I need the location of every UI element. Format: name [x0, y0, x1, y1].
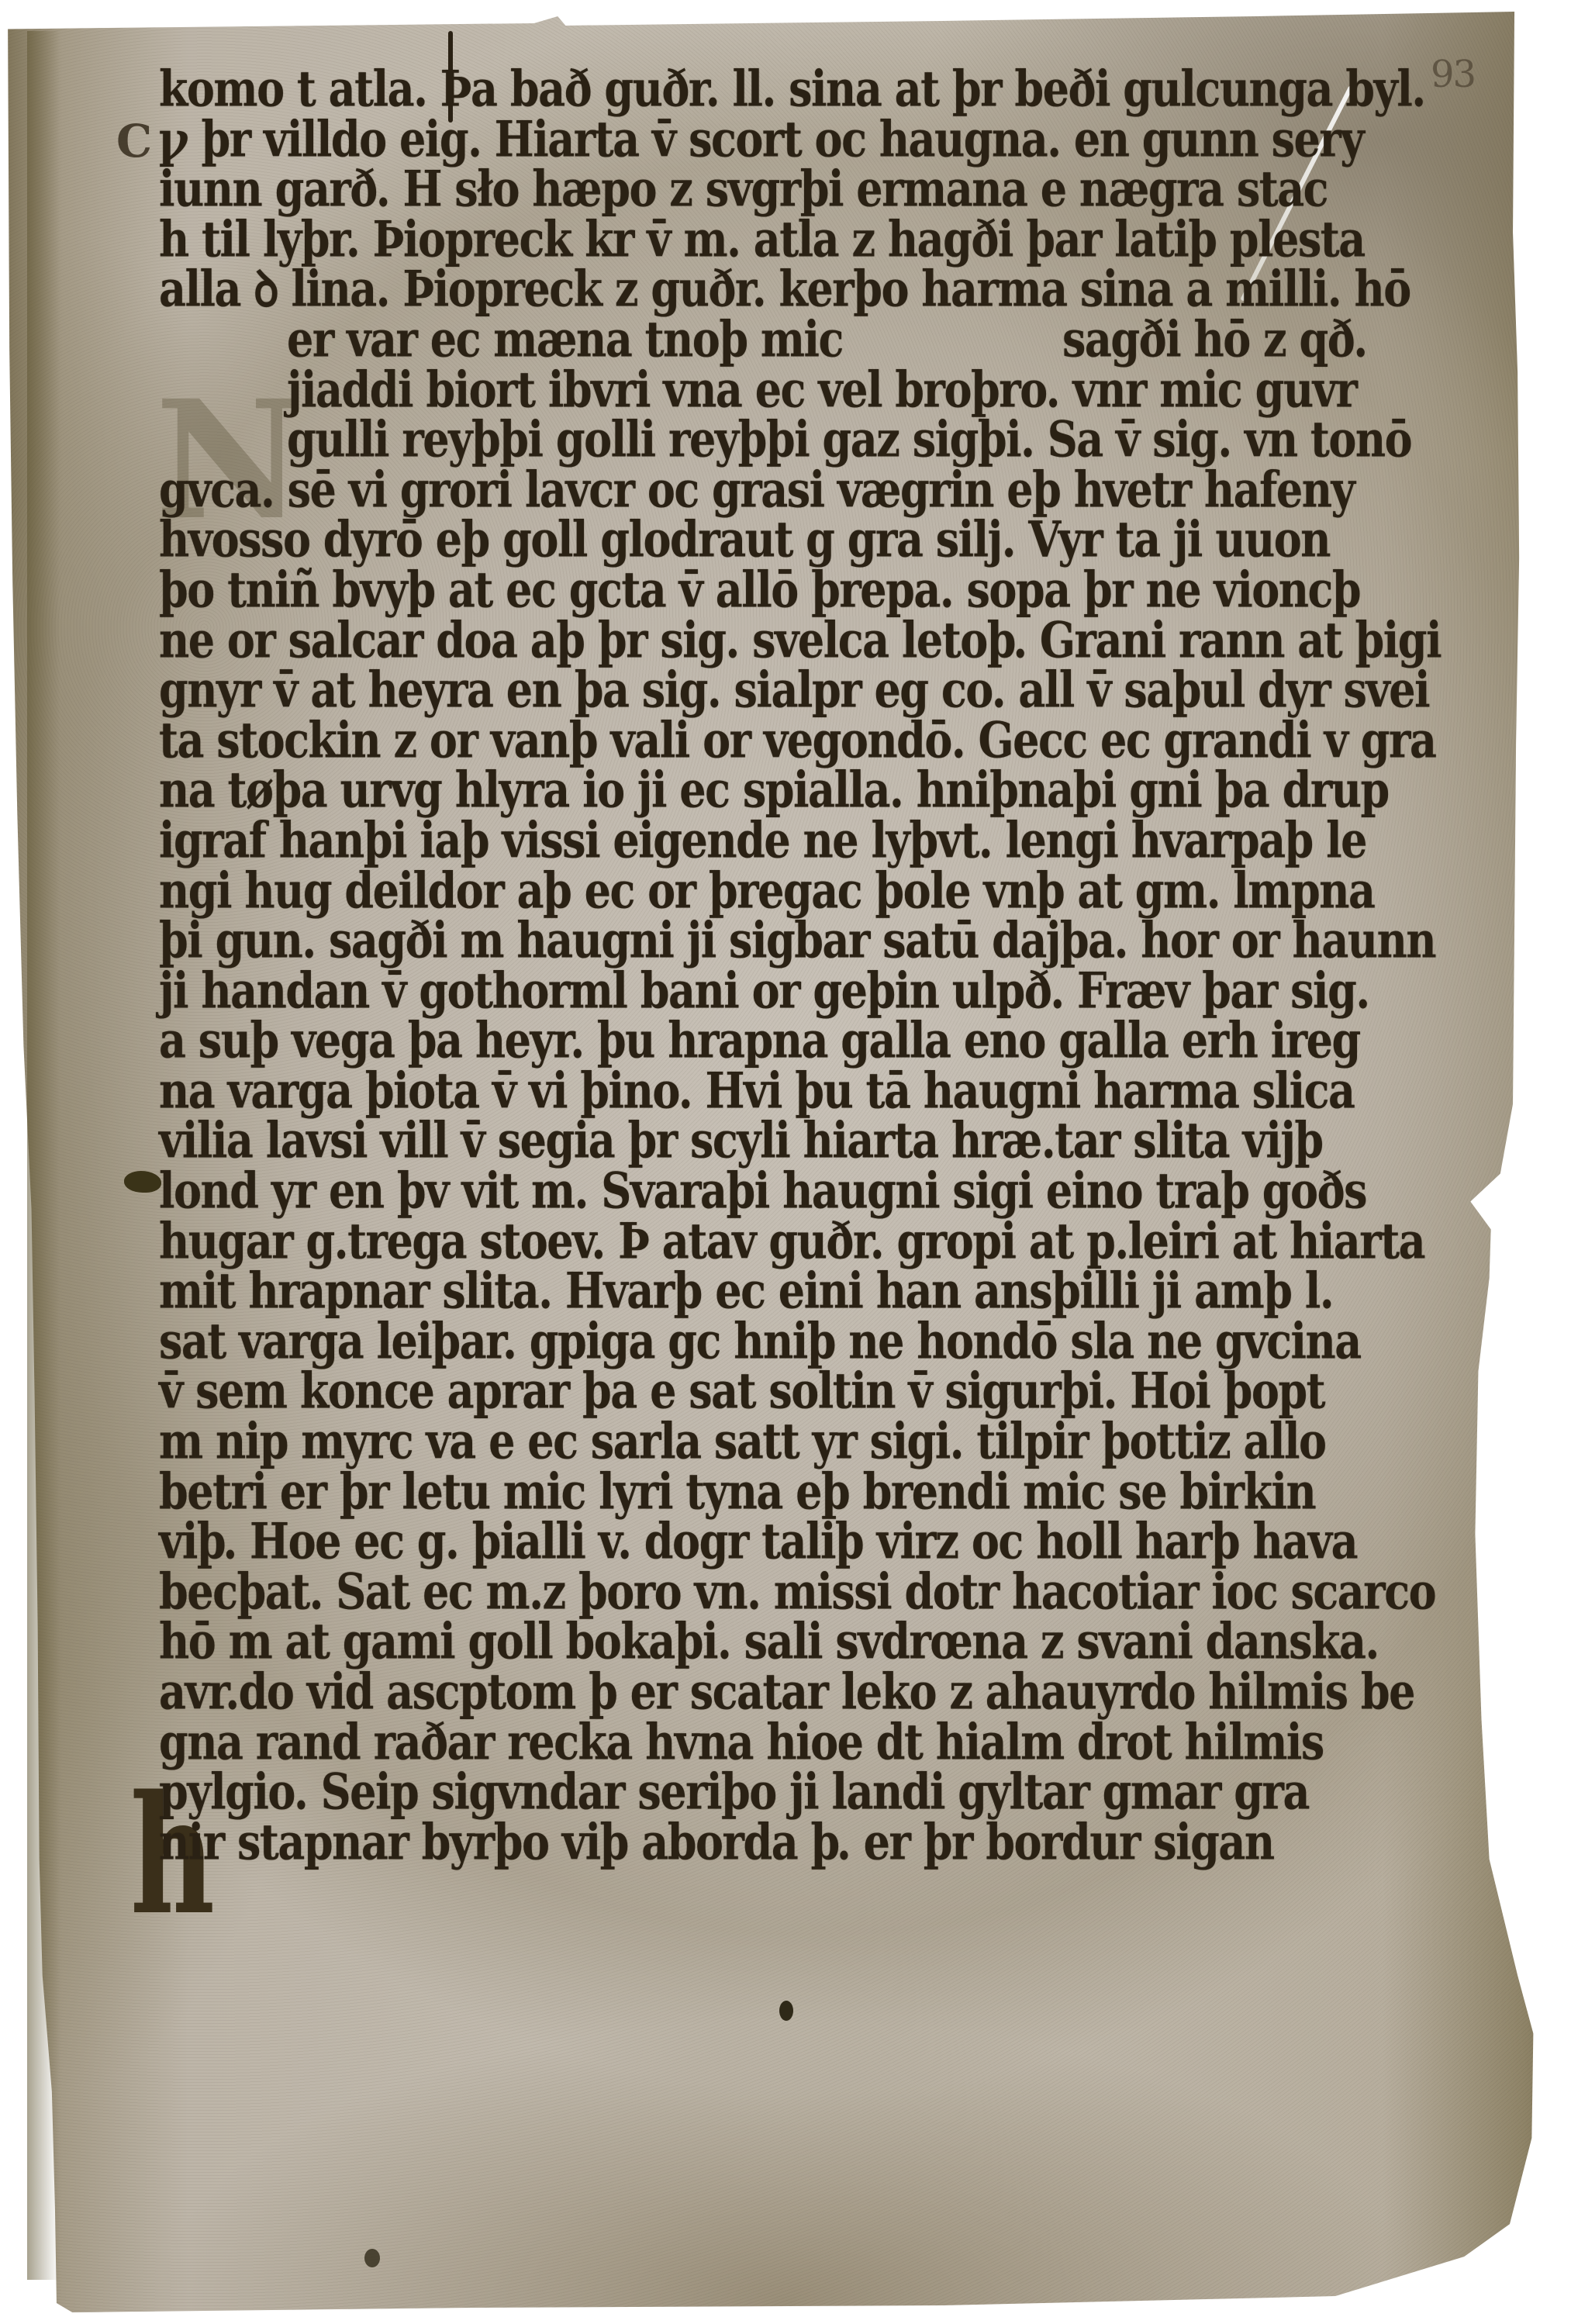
ink-spot — [779, 2001, 793, 2021]
manuscript-page: 93 C N h komo t atla. Þa bað guðr. ll. s… — [0, 0, 1571, 2324]
ink-spot — [364, 2249, 380, 2267]
margin-initial-c: C — [116, 115, 152, 167]
text-line: nir stapnar byrþo viþ aborda þ. er þr bo… — [159, 1812, 1415, 1871]
page-number: 93 — [1431, 53, 1475, 96]
margin-ink-blot — [124, 1171, 161, 1193]
manuscript-text-block: komo t atla. Þa bað guðr. ll. sina at þr… — [159, 68, 1415, 1871]
binding-fold-shadow — [27, 31, 60, 2280]
